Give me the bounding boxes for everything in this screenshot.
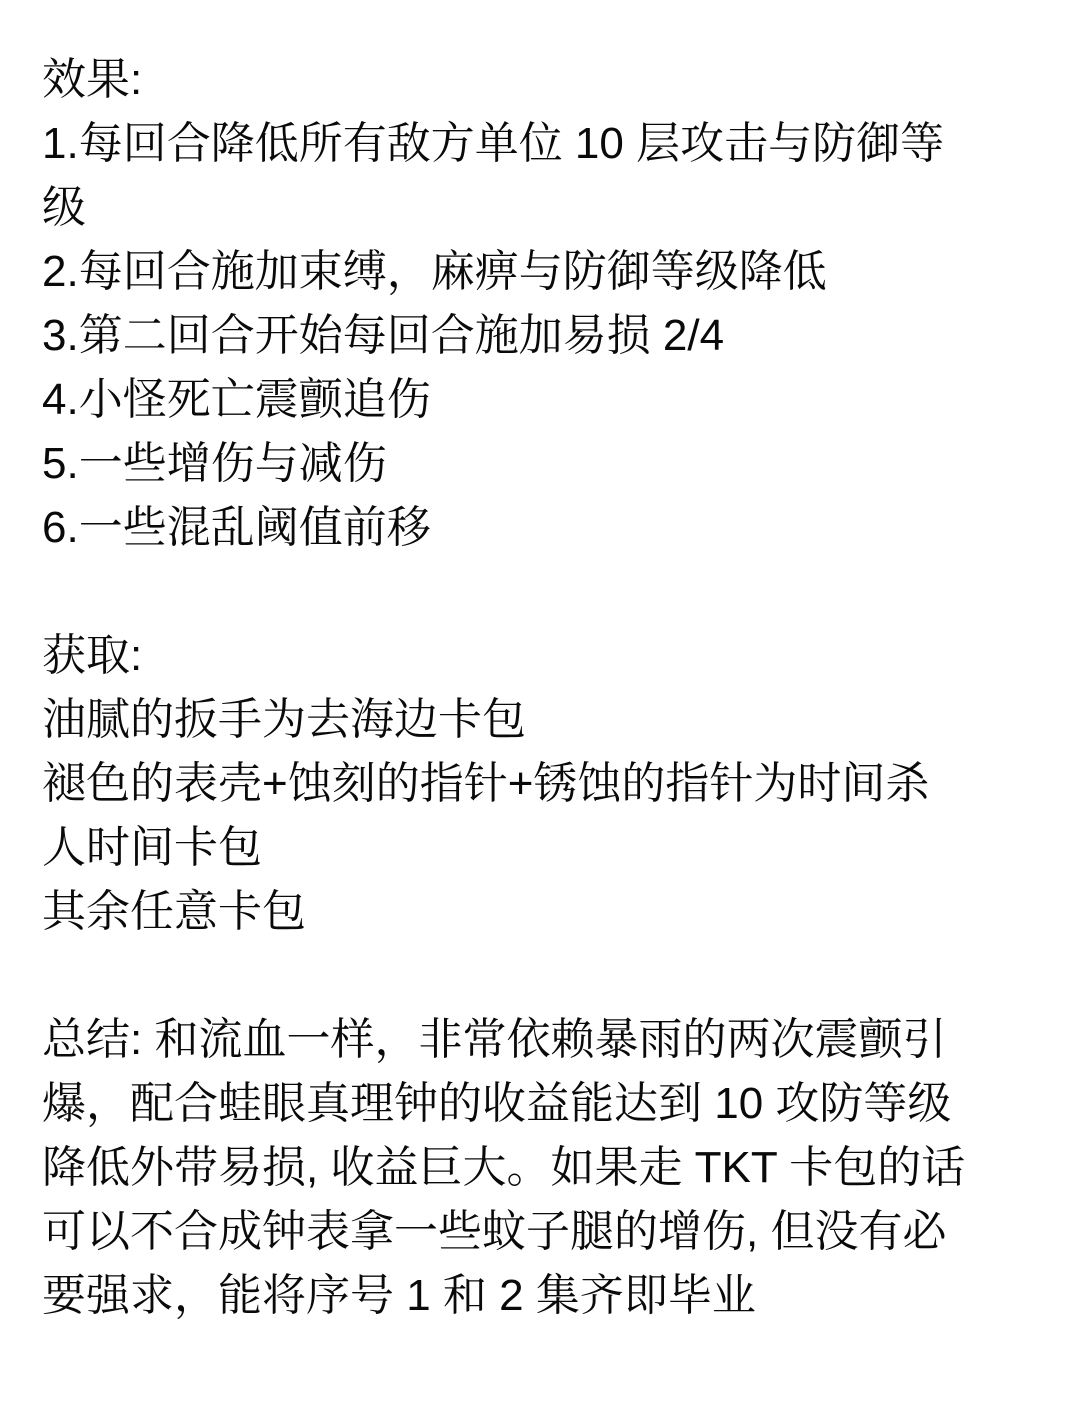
text-page: 效果:1.每回合降低所有敌方单位 10 层攻击与防御等级2.每回合施加束缚，麻痹… <box>0 0 1080 1428</box>
text-line: 褪色的表壳+蚀刻的指针+锈蚀的指针为时间杀 <box>42 752 1046 816</box>
text-line: 级 <box>42 176 1046 240</box>
text-line: 2.每回合施加束缚，麻痹与防御等级降低 <box>42 240 1046 304</box>
text-line: 人时间卡包 <box>42 816 1046 880</box>
text-line: 5.一些增伤与减伤 <box>42 432 1046 496</box>
text-line: 油腻的扳手为去海边卡包 <box>42 688 1046 752</box>
text-line: 其余任意卡包 <box>42 880 1046 944</box>
document-body: 效果:1.每回合降低所有敌方单位 10 层攻击与防御等级2.每回合施加束缚，麻痹… <box>42 48 1046 1328</box>
text-line: 1.每回合降低所有敌方单位 10 层攻击与防御等 <box>42 112 1046 176</box>
text-line: 总结: 和流血一样，非常依赖暴雨的两次震颤引 <box>42 1008 1046 1072</box>
text-line: 可以不合成钟表拿一些蚊子腿的增伤, 但没有必 <box>42 1200 1046 1264</box>
text-line: 要强求，能将序号 1 和 2 集齐即毕业 <box>42 1264 1046 1328</box>
section-effects: 效果:1.每回合降低所有敌方单位 10 层攻击与防御等级2.每回合施加束缚，麻痹… <box>42 48 1046 560</box>
text-line: 爆，配合蛙眼真理钟的收益能达到 10 攻防等级 <box>42 1072 1046 1136</box>
text-line: 4.小怪死亡震颤追伤 <box>42 368 1046 432</box>
text-line: 3.第二回合开始每回合施加易损 2/4 <box>42 304 1046 368</box>
text-line: 降低外带易损, 收益巨大。如果走 TKT 卡包的话 <box>42 1136 1046 1200</box>
section-summary: 总结: 和流血一样，非常依赖暴雨的两次震颤引爆，配合蛙眼真理钟的收益能达到 10… <box>42 1008 1046 1328</box>
text-line: 获取: <box>42 624 1046 688</box>
text-line: 效果: <box>42 48 1046 112</box>
section-acquisition: 获取:油腻的扳手为去海边卡包褪色的表壳+蚀刻的指针+锈蚀的指针为时间杀人时间卡包… <box>42 624 1046 944</box>
text-line: 6.一些混乱阈值前移 <box>42 496 1046 560</box>
